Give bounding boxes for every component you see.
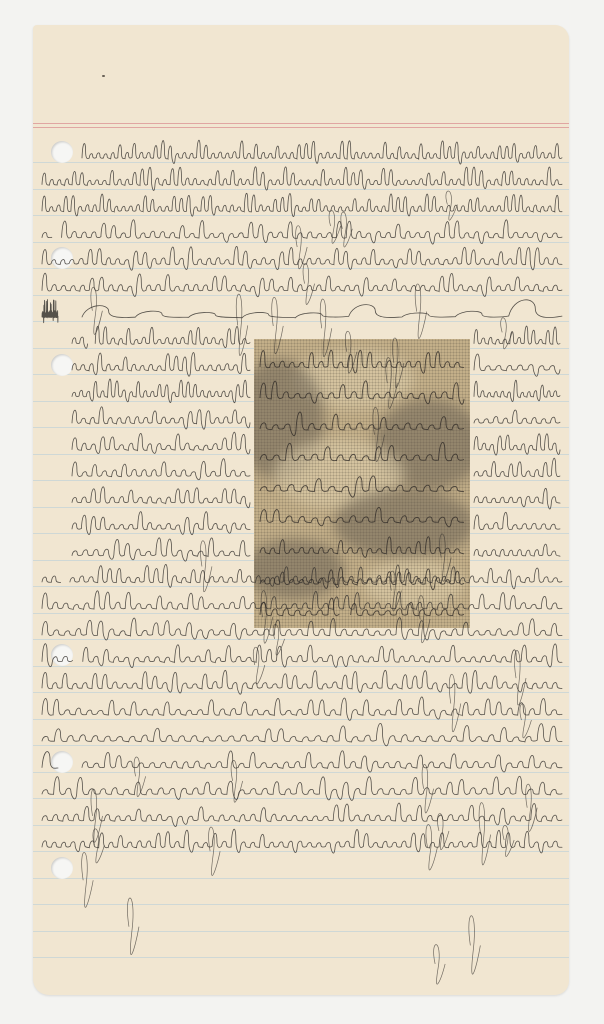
handwriting-line <box>72 459 250 480</box>
loop-stroke <box>296 226 308 269</box>
collage-handwriting-line <box>260 412 464 436</box>
handwriting-line <box>42 300 58 323</box>
handwriting-line <box>72 487 250 508</box>
handwriting-line <box>42 246 562 270</box>
collage-handwriting-line <box>260 507 464 527</box>
loop-stroke <box>501 318 513 349</box>
collage-handwriting-line <box>260 537 464 558</box>
loop-stroke <box>449 674 461 732</box>
handwriting-line <box>72 432 250 454</box>
handwriting-line <box>42 618 562 640</box>
collage-handwriting-line <box>260 350 464 373</box>
loop-stroke <box>415 284 427 339</box>
handwriting-line <box>42 752 58 769</box>
handwriting-line <box>474 544 560 556</box>
handwriting-line <box>42 644 562 668</box>
handwriting-line <box>72 353 250 377</box>
handwriting-line <box>42 220 562 244</box>
loop-stroke <box>200 541 212 592</box>
handwriting-line <box>72 407 250 429</box>
handwriting-line <box>474 512 560 529</box>
loop-stroke <box>236 294 248 355</box>
handwriting-line <box>82 751 562 772</box>
handwriting-line <box>82 140 562 164</box>
handwriting-line <box>72 512 250 535</box>
loop-stroke <box>127 898 139 955</box>
loop-stroke <box>134 757 146 797</box>
handwriting-layer <box>0 0 604 1024</box>
collage-handwriting-line <box>260 442 464 460</box>
handwriting-line <box>42 167 562 191</box>
handwriting-line <box>474 458 560 476</box>
loop-stroke <box>231 760 243 802</box>
handwriting-line <box>72 538 250 561</box>
collage-handwriting-line <box>260 598 464 616</box>
handwriting-line <box>474 380 560 401</box>
loop-stroke <box>272 297 284 354</box>
handwriting-line <box>42 776 562 800</box>
loop-stroke <box>469 916 481 974</box>
loop-stroke <box>440 534 452 581</box>
loop-stroke <box>82 852 94 907</box>
loop-stroke <box>329 210 341 243</box>
collage-handwriting-line <box>260 381 464 404</box>
handwriting-line <box>42 193 562 216</box>
handwriting-line <box>82 300 562 318</box>
handwriting-line <box>72 326 250 348</box>
loop-stroke <box>434 945 446 985</box>
handwriting-line <box>42 273 562 297</box>
handwriting-line <box>42 564 562 588</box>
loop-stroke <box>520 704 532 738</box>
handwriting-line <box>474 434 560 455</box>
handwriting-line <box>42 697 562 720</box>
handwriting-line <box>42 591 562 610</box>
handwriting-line <box>72 379 250 403</box>
handwriting-line <box>42 723 562 745</box>
loop-stroke <box>303 264 315 305</box>
handwriting-line <box>474 326 560 344</box>
handwriting-line <box>474 354 560 376</box>
handwriting-line <box>474 488 560 509</box>
loop-stroke <box>320 299 332 357</box>
loop-stroke <box>503 825 515 856</box>
loop-stroke <box>422 764 434 812</box>
loop-stroke <box>479 803 491 865</box>
loop-stroke <box>373 407 385 461</box>
handwriting-line <box>474 410 560 423</box>
collage-handwriting-line <box>260 476 464 497</box>
handwriting-line <box>42 670 562 694</box>
loop-stroke <box>253 647 265 684</box>
